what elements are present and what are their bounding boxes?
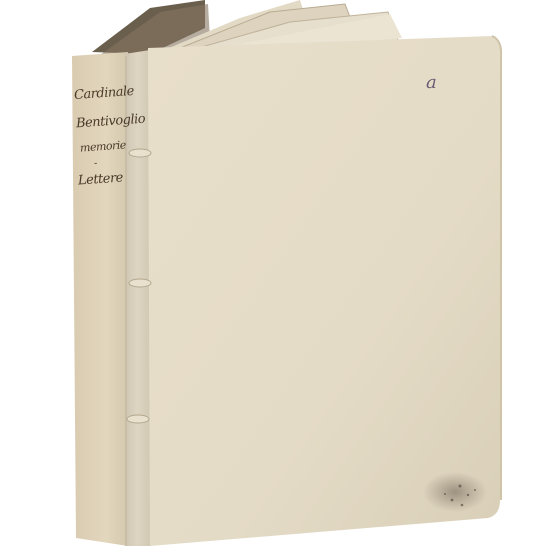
cover-mark: a	[426, 72, 437, 93]
inscription-line-4: -	[94, 158, 98, 169]
book-illustration	[0, 0, 550, 550]
inscription-line-5: Lettere	[78, 170, 124, 188]
book-photo: Cardinale Bentivoglio memorie - Lettere …	[0, 0, 550, 550]
front-cover	[148, 36, 500, 546]
stain	[423, 472, 487, 512]
